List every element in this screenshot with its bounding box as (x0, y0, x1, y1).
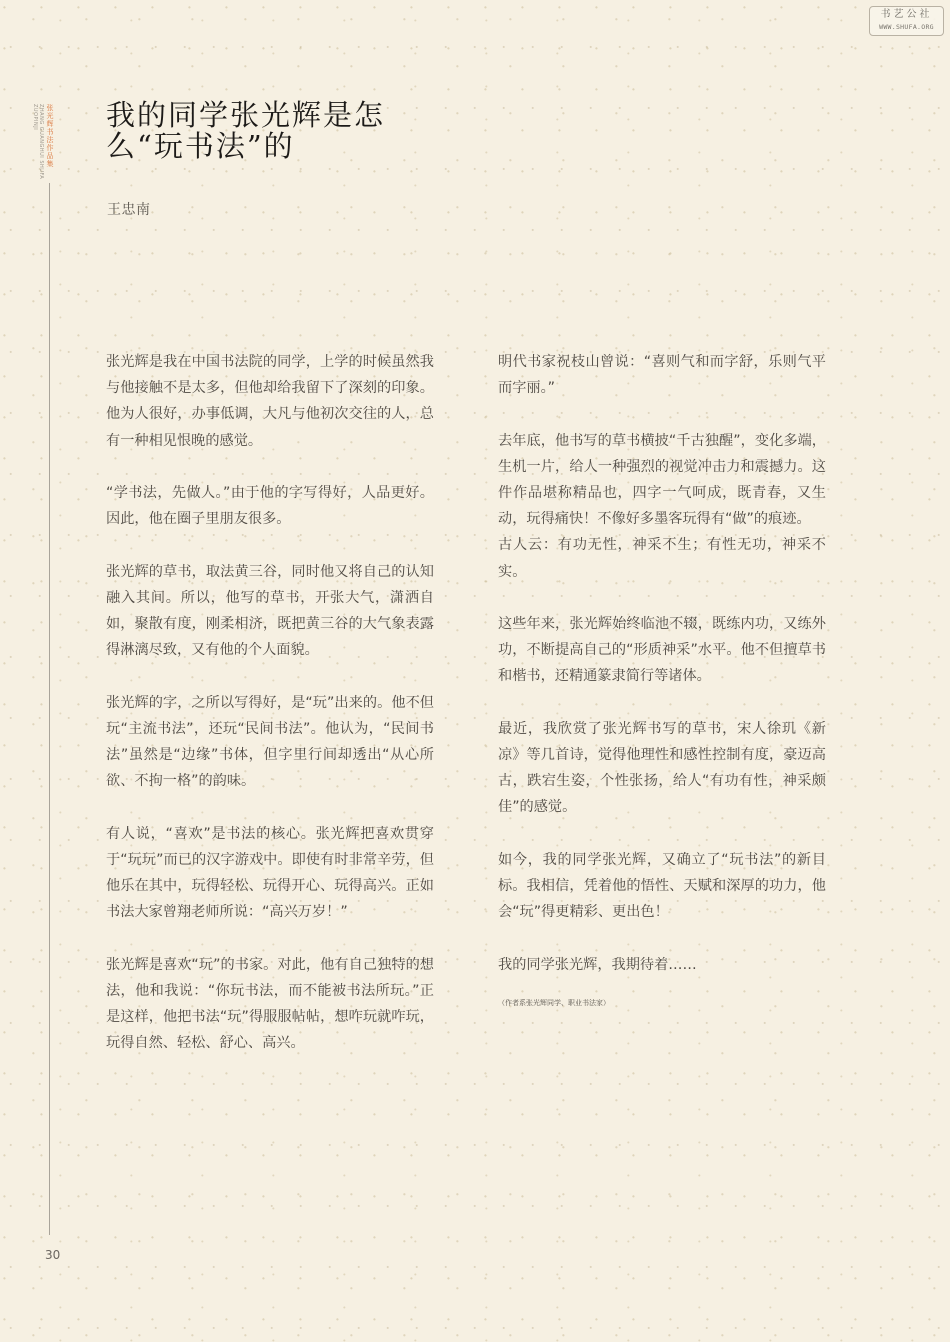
paragraph: 张光辉是喜欢“玩”的书家。对此，他有自己独特的想法，他和我说：“你玩书法，而不能… (106, 952, 434, 1057)
article-title: 我的同学张光辉是怎么“玩书法”的 (106, 100, 446, 162)
book-series-label: ZHANG GUANGHUI SHUFA ZUOPINJI 张光辉书法作品集 (30, 104, 54, 180)
page-number: 30 (45, 1248, 60, 1262)
margin-rule-divider (49, 183, 50, 1235)
book-title-pinyin: ZHANG GUANGHUI SHUFA ZUOPINJI (30, 104, 44, 180)
paragraph: 有人说，“喜欢”是书法的核心。张光辉把喜欢贯穿于“玩玩”而已的汉字游戏中。即使有… (106, 821, 434, 926)
book-title-pinyin-line1: ZHANG GUANGHUI (38, 104, 44, 158)
paragraph: 去年底，他书写的草书横披“千古独醒”，变化多端，生机一片，给人一种强烈的视觉冲击… (498, 428, 826, 533)
paragraph: 这些年来，张光辉始终临池不辍，既练内功，又练外功，不断提高自己的“形质神采”水平… (498, 611, 826, 690)
paragraph: 张光辉的草书，取法黄三谷，同时他又将自己的认知融入其间。所以，他写的草书，开张大… (106, 559, 434, 664)
paragraph: 如今，我的同学张光辉，又确立了“玩书法”的新目标。我相信，凭着他的悟性、天赋和深… (498, 847, 826, 926)
article-author: 王忠南 (107, 199, 151, 219)
paragraph: 张光辉的字，之所以写得好，是“玩”出来的。他不但玩“主流书法”，还玩“民间书法”… (106, 690, 434, 795)
paragraph: 我的同学张光辉，我期待着…… (498, 952, 826, 978)
paragraph: “学书法，先做人。”由于他的字写得好，人品更好。因此，他在圈子里朋友很多。 (106, 480, 434, 532)
watermark-logo: 书艺公社 WWW.SHUFA.ORG (869, 6, 944, 36)
author-footnote: （作者系张光辉同学、职业书法家） (498, 998, 826, 1008)
paragraph: 张光辉是我在中国书法院的同学，上学的时候虽然我与他接触不是太多，但他却给我留下了… (106, 349, 434, 454)
right-text-column: 明代书家祝枝山曾说：“喜则气和而字舒，乐则气平而字丽。” 去年底，他书写的草书横… (498, 349, 826, 1008)
paragraph: 最近，我欣赏了张光辉书写的草书，宋人徐玑《新凉》等几首诗，觉得他理性和感性控制有… (498, 716, 826, 821)
watermark-name: 书艺公社 (870, 8, 943, 22)
left-text-column: 张光辉是我在中国书法院的同学，上学的时候虽然我与他接触不是太多，但他却给我留下了… (106, 349, 434, 1056)
book-title-cn: 张光辉书法作品集 (46, 104, 54, 180)
paragraph: 古人云：有功无性，神采不生；有性无功，神采不实。 (498, 532, 826, 584)
paragraph: 明代书家祝枝山曾说：“喜则气和而字舒，乐则气平而字丽。” (498, 349, 826, 401)
watermark-url: WWW.SHUFA.ORG (870, 22, 943, 32)
